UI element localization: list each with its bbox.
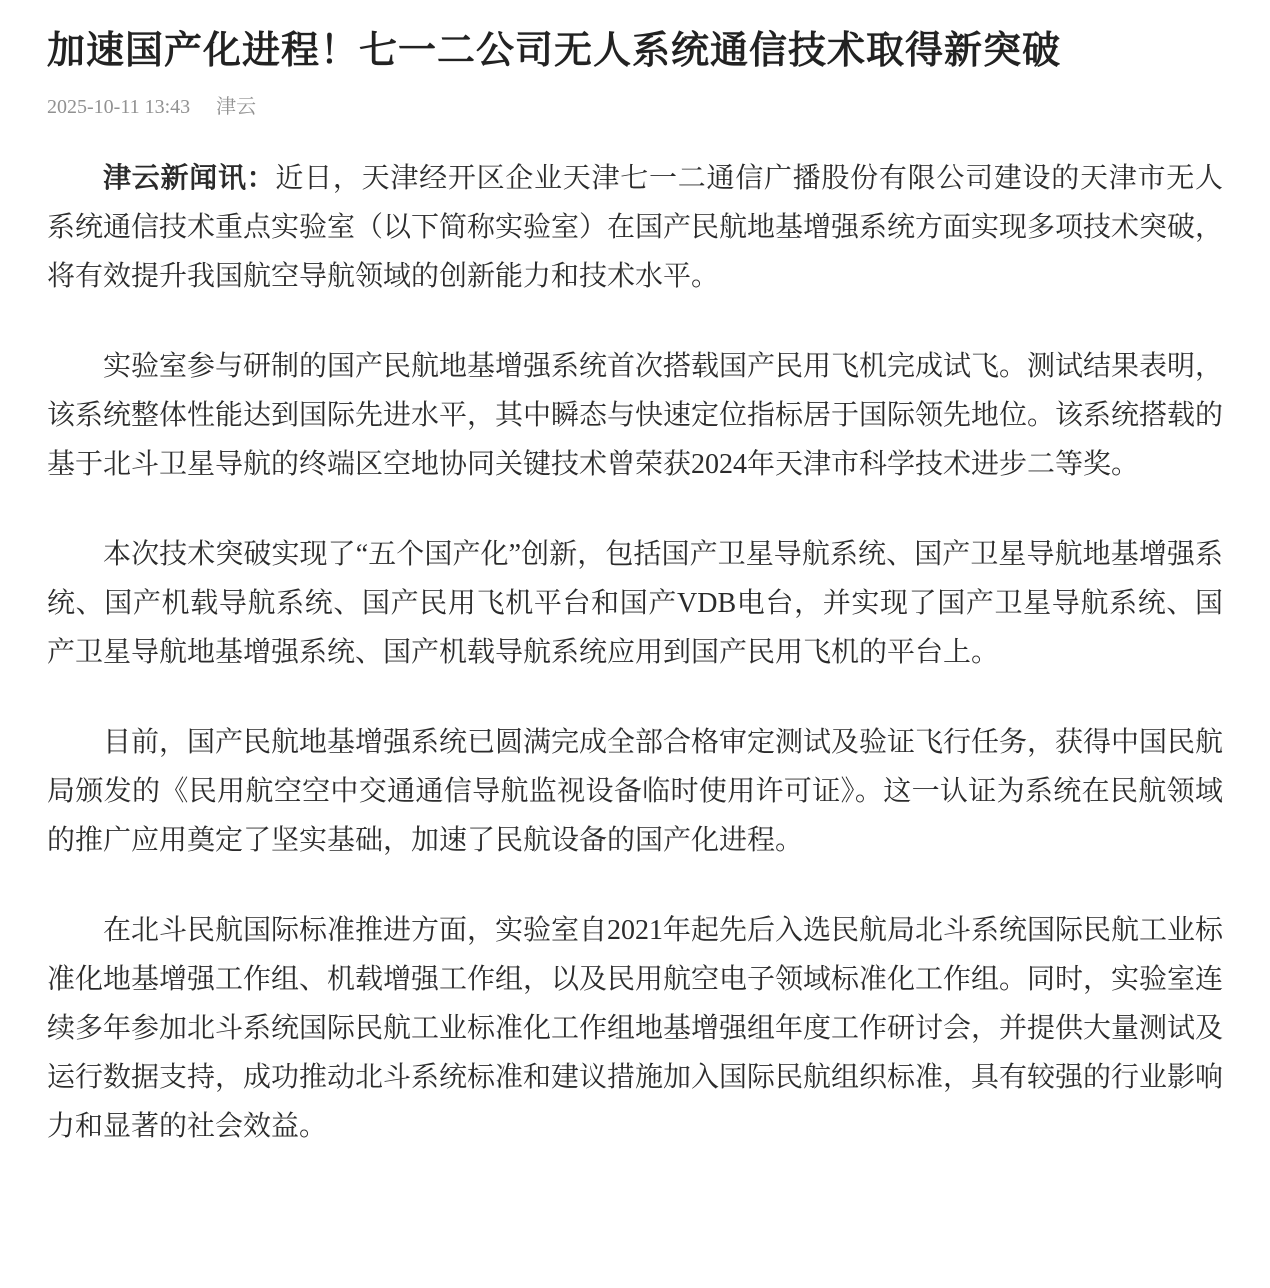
publish-date: 2025-10-11 13:43 bbox=[47, 96, 190, 118]
article-page: 加速国产化进程！七一二公司无人系统通信技术取得新突破 2025-10-11 13… bbox=[0, 0, 1270, 1288]
paragraph-4: 目前，国产民航地基增强系统已圆满完成全部合格审定测试及验证飞行任务，获得中国民航… bbox=[47, 718, 1223, 865]
paragraph-2: 实验室参与研制的国产民航地基增强系统首次搭载国产民用飞机完成试飞。测试结果表明，… bbox=[47, 342, 1223, 489]
article-body: 津云新闻讯：近日，天津经开区企业天津七一二通信广播股份有限公司建设的天津市无人系… bbox=[47, 154, 1223, 1151]
lead-prefix: 津云新闻讯： bbox=[103, 163, 275, 194]
source-name: 津云 bbox=[216, 96, 256, 118]
paragraph-3: 本次技术突破实现了“五个国产化”创新，包括国产卫星导航系统、国产卫星导航地基增强… bbox=[47, 530, 1223, 677]
paragraph-5: 在北斗民航国际标准推进方面，实验室自2021年起先后入选民航局北斗系统国际民航工… bbox=[47, 906, 1223, 1151]
article-title: 加速国产化进程！七一二公司无人系统通信技术取得新突破 bbox=[47, 26, 1223, 76]
article-meta: 2025-10-11 13:43津云 bbox=[47, 96, 1223, 118]
paragraph-lead: 津云新闻讯：近日，天津经开区企业天津七一二通信广播股份有限公司建设的天津市无人系… bbox=[47, 154, 1223, 301]
